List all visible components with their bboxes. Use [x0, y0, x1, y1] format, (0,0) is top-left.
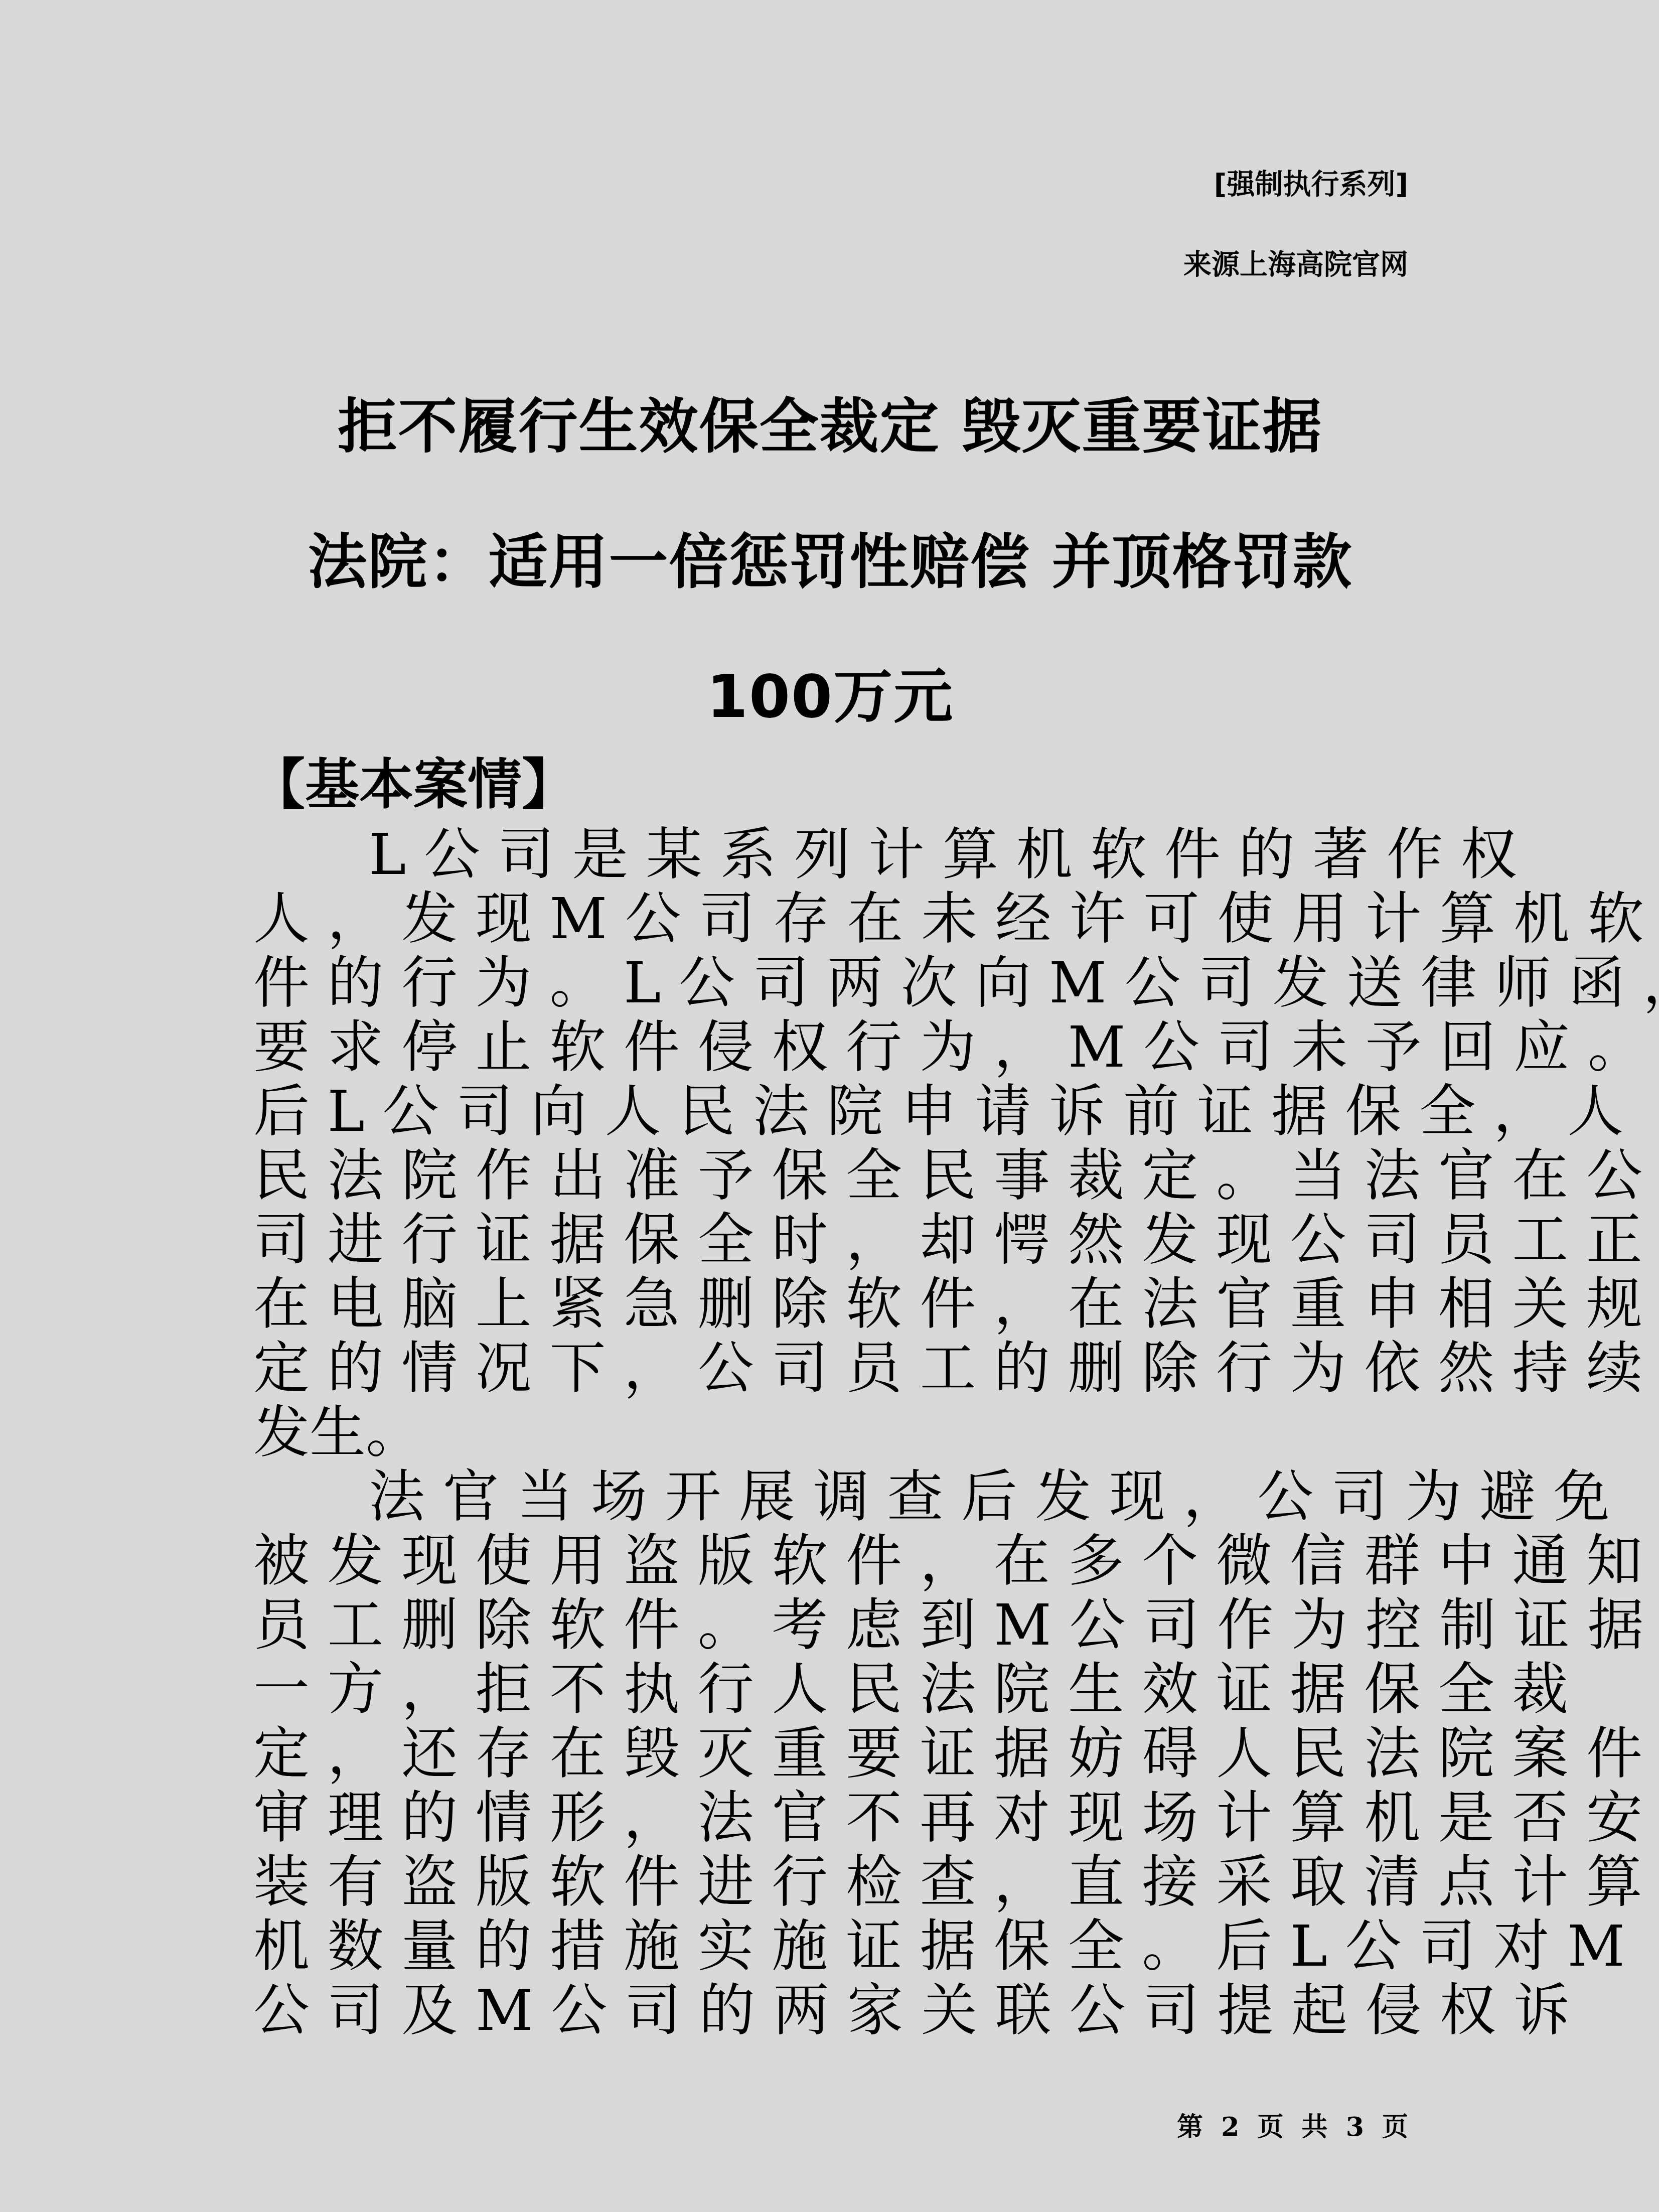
body-line: 件 的 行 为 。 L 公 司 两 次 向 M 公 司 发 送 律 师 函 ，: [253, 951, 1407, 1015]
series-tag: [强制执行系列]: [1214, 165, 1408, 205]
body-line: 员 工 删 除 软 件 。 考 虑 到 M 公 司 作 为 控 制 证 据: [253, 1593, 1407, 1658]
section-heading: 【基本案情】: [251, 753, 576, 818]
body-line: 机 数 量 的 措 施 实 施 证 据 保 全 。 后 L 公 司 对 M: [253, 1914, 1407, 1979]
body-line: 法 官 当 场 开 展 调 查 后 发 现 ， 公 司 为 避 免: [253, 1465, 1407, 1529]
body-line: 民 法 院 作 出 准 予 保 全 民 事 裁 定 。 当 法 官 在 公: [253, 1144, 1407, 1208]
body-line: 公 司 及 M 公 司 的 两 家 关 联 公 司 提 起 侵 权 诉: [253, 1979, 1407, 2043]
body-line: 人 ， 发 现 M 公 司 存 在 未 经 许 可 使 用 计 算 机 软: [253, 887, 1407, 951]
title-line-1: 拒不履行生效保全裁定 毁灭重要证据: [251, 391, 1410, 462]
title-line-2: 法院：适用一倍惩罚性赔偿 并顶格罚款: [251, 527, 1410, 597]
document-page: [强制执行系列] 来源上海高院官网 拒不履行生效保全裁定 毁灭重要证据 法院：适…: [0, 0, 1659, 2212]
title-line-3: 100万元: [251, 661, 1410, 731]
body-line: 被 发 现 使 用 盗 版 软 件 ， 在 多 个 微 信 群 中 通 知: [253, 1529, 1407, 1593]
body-line: 发生。: [253, 1401, 1407, 1465]
body-text: L 公 司 是 某 系 列 计 算 机 软 件 的 著 作 权 人 ， 发 现 …: [253, 823, 1407, 2043]
body-line: 装 有 盗 版 软 件 进 行 检 查 ， 直 接 采 取 清 点 计 算: [253, 1850, 1407, 1914]
body-line: 定 的 情 况 下 ， 公 司 员 工 的 删 除 行 为 依 然 持 续: [253, 1337, 1407, 1401]
body-line: L 公 司 是 某 系 列 计 算 机 软 件 的 著 作 权: [253, 823, 1407, 887]
body-line: 定 ， 还 存 在 毁 灭 重 要 证 据 妨 碍 人 民 法 院 案 件: [253, 1722, 1407, 1786]
page-indicator: 第 2 页 共 3 页: [1177, 2107, 1408, 2147]
body-line: 一 方 ， 拒 不 执 行 人 民 法 院 生 效 证 据 保 全 裁: [253, 1658, 1407, 1722]
body-line: 审 理 的 情 形 ， 法 官 不 再 对 现 场 计 算 机 是 否 安: [253, 1786, 1407, 1850]
body-line: 要 求 停 止 软 件 侵 权 行 为 ， M 公 司 未 予 回 应 。: [253, 1015, 1407, 1080]
source-attribution: 来源上海高院官网: [1183, 245, 1408, 285]
body-line: 司 进 行 证 据 保 全 时 ， 却 愕 然 发 现 公 司 员 工 正: [253, 1208, 1407, 1272]
body-line: 后 L 公 司 向 人 民 法 院 申 请 诉 前 证 据 保 全 ， 人: [253, 1080, 1407, 1144]
body-line: 在 电 脑 上 紧 急 删 除 软 件 ， 在 法 官 重 申 相 关 规: [253, 1272, 1407, 1337]
